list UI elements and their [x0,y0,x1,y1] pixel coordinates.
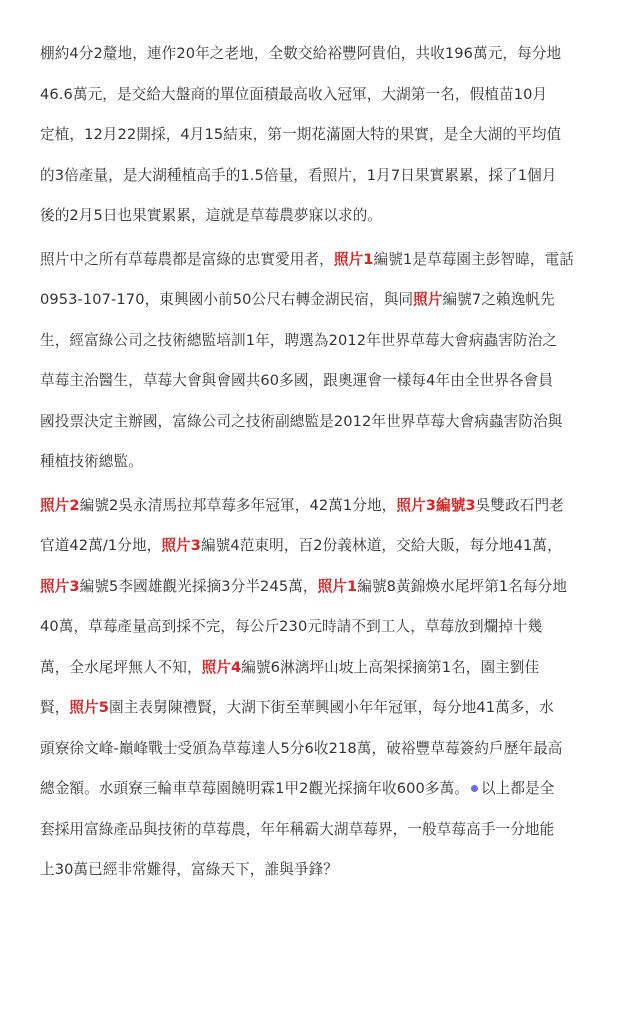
text-run: 賢， [40,699,69,716]
text-run: 定植，12月22開採，4月15結束，第一期花滿園大特的果實，是全大湖的平均值 [40,126,561,143]
paragraph-champion-farmers: 照片2編號2吳永清馬拉邦草莓多年冠軍，42萬1分地，照片3編號3吳雙政石門老 官… [40,486,610,891]
text-line: 種植技術總監。 [40,442,610,483]
text-line: 萬，全水尾坪無人不知，照片4編號6淋漓坪山坡上高架採摘第1名，園主劉佳 [40,648,610,689]
photo-reference: 照片2 [40,497,80,514]
article-body: 棚約4分2釐地，連作20年之老地，全數交給裕豐阿貴伯，共收196萬元，每分地 4… [40,34,610,894]
photo-reference: 照片1 [318,578,358,595]
text-run: 編號1是草莓園主彭智暐，電話 [374,251,574,268]
text-run: 編號6淋漓坪山坡上高架採摘第1名，園主劉佳 [241,659,539,676]
text-run: 編號2吳永清馬拉邦草莓多年冠軍，42萬1分地， [80,497,397,514]
text-line: 頭寮徐文峰-巔峰戰士受頒為草莓達人5分6收218萬，破裕豐草莓簽約戶歷年最高 [40,729,610,770]
text-run: 照片中之所有草莓農都是富綠的忠實愛用者， [40,251,334,268]
text-line: 上30萬已經非常難得，富綠天下，誰與爭鋒？ [40,850,610,891]
text-run: 後的2月5日也果實累累，這就是草莓農夢寐以求的。 [40,207,382,224]
text-run: 40萬，草莓產量高到採不完，每公斤230元時請不到工人，草莓放到爛掉十幾 [40,618,542,635]
text-line: 照片中之所有草莓農都是富綠的忠實愛用者，照片1編號1是草莓園主彭智暐，電話 [40,240,610,281]
text-line: 照片3編號5李國雄觀光採摘3分半245萬，照片1編號8黃錦煥水尾坪第1名每分地 [40,567,610,608]
text-line: 照片2編號2吳永清馬拉邦草莓多年冠軍，42萬1分地，照片3編號3吳雙政石門老 [40,486,610,527]
text-line: 0953-107-170，東興國小前50公尺右轉金湖民宿，與同照片編號7之賴逸帆… [40,280,610,321]
text-run: 編號4范東明，百2份義林道，交給大販，每分地41萬， [201,537,562,554]
text-run: 編號8黃錦煥水尾坪第1名每分地 [357,578,567,595]
text-run: 46.6萬元，是交給大盤商的單位面積最高收入冠軍，大湖第一名，假植苗10月 [40,86,547,103]
text-run: 生，經富綠公司之技術總監培訓1年，聘選為2012年世界草莓大會病蟲害防治之 [40,332,557,349]
text-run: 園主表舅陳禮賢，大湖下街至華興國小年年冠軍，每分地41萬多，水 [109,699,554,716]
photo-reference: 照片 [413,291,442,308]
text-line: 國投票決定主辦國，富綠公司之技術副總監是2012年世界草莓大會病蟲害防治與 [40,402,610,443]
paragraph-harvest-record: 棚約4分2釐地，連作20年之老地，全數交給裕豐阿貴伯，共收196萬元，每分地 4… [40,34,610,237]
text-run: 套採用富綠產品與技術的草莓農，年年稱霸大湖草莓界，一般草莓高手一分地能 [40,821,554,838]
text-run: 編號5李國雄觀光採摘3分半245萬， [80,578,318,595]
text-line: 賢，照片5園主表舅陳禮賢，大湖下街至華興國小年年冠軍，每分地41萬多，水 [40,688,610,729]
text-line: 46.6萬元，是交給大盤商的單位面積最高收入冠軍，大湖第一名，假植苗10月 [40,75,610,116]
text-run: 棚約4分2釐地，連作20年之老地，全數交給裕豐阿貴伯，共收196萬元，每分地 [40,45,561,62]
text-line: 總金額。水頭寮三輪車草莓園饒明霖1甲2觀光採摘年收600多萬。以上都是全 [40,769,610,810]
text-run: 草莓主治醫生，草莓大會與會國共60多國，跟奧運會一樣每4年由全世界各會員 [40,372,553,389]
text-line: 的3倍產量，是大湖種植高手的1.5倍量，看照片，1月7日果實累累，採了1個月 [40,156,610,197]
text-line: 生，經富綠公司之技術總監培訓1年，聘選為2012年世界草莓大會病蟲害防治之 [40,321,610,362]
text-run: 0953-107-170，東興國小前50公尺右轉金湖民宿，與同 [40,291,413,308]
text-run: 種植技術總監。 [40,453,143,470]
photo-reference: 照片5 [69,699,109,716]
text-line: 官道42萬/1分地，照片3編號4范東明，百2份義林道，交給大販，每分地41萬， [40,526,610,567]
text-run: 編號7之賴逸帆先 [443,291,555,308]
photo-reference: 照片3編號3 [396,497,475,514]
bullet-dot-icon [471,785,478,792]
text-line: 40萬，草莓產量高到採不完，每公斤230元時請不到工人，草莓放到爛掉十幾 [40,607,610,648]
text-line: 套採用富綠產品與技術的草莓農，年年稱霸大湖草莓界，一般草莓高手一分地能 [40,810,610,851]
photo-reference: 照片1 [334,251,374,268]
text-run: 頭寮徐文峰-巔峰戰士受頒為草莓達人5分6收218萬，破裕豐草莓簽約戶歷年最高 [40,740,563,757]
text-line: 後的2月5日也果實累累，這就是草莓農夢寐以求的。 [40,196,610,237]
text-line: 棚約4分2釐地，連作20年之老地，全數交給裕豐阿貴伯，共收196萬元，每分地 [40,34,610,75]
text-line: 定植，12月22開採，4月15結束，第一期花滿園大特的果實，是全大湖的平均值 [40,115,610,156]
text-run: 國投票決定主辦國，富綠公司之技術副總監是2012年世界草莓大會病蟲害防治與 [40,413,562,430]
photo-reference: 照片3 [40,578,80,595]
paragraph-loyal-users: 照片中之所有草莓農都是富綠的忠實愛用者，照片1編號1是草莓園主彭智暐，電話 09… [40,240,610,483]
photo-reference: 照片4 [202,659,242,676]
text-run: 的3倍產量，是大湖種植高手的1.5倍量，看照片，1月7日果實累累，採了1個月 [40,167,557,184]
text-run: 總金額。水頭寮三輪車草莓園饒明霖1甲2觀光採摘年收600多萬。 [40,780,469,797]
text-run: 官道42萬/1分地， [40,537,161,554]
text-run: 以上都是全 [481,780,554,797]
text-line: 草莓主治醫生，草莓大會與會國共60多國，跟奧運會一樣每4年由全世界各會員 [40,361,610,402]
text-run: 萬，全水尾坪無人不知， [40,659,202,676]
text-run: 吳雙政石門老 [476,497,564,514]
photo-reference: 照片3 [161,537,201,554]
text-run: 上30萬已經非常難得，富綠天下，誰與爭鋒？ [40,861,338,878]
